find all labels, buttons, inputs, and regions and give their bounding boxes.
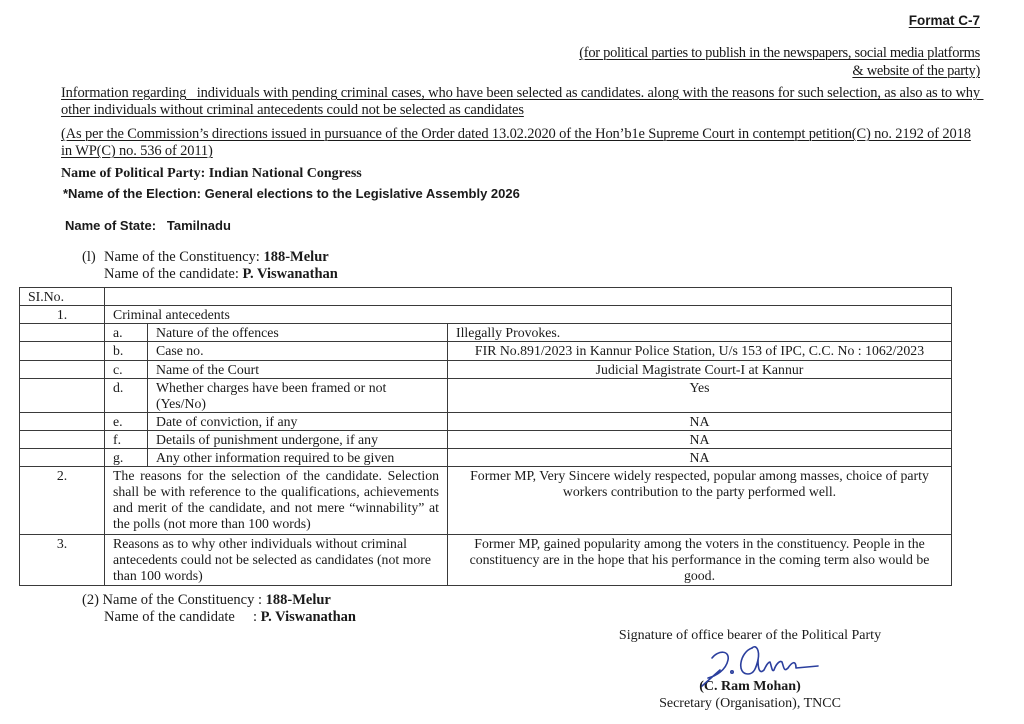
constituency-label: Name of the Constituency :	[103, 592, 262, 608]
item-letter: b.	[105, 342, 148, 361]
section-number: 3.	[20, 535, 105, 586]
state-name-line: Name of State: Tamilnadu	[65, 218, 231, 233]
table-row: 1. Criminal antecedents	[20, 306, 952, 324]
item-letter: g.	[105, 449, 148, 467]
item-label: Date of conviction, if any	[148, 413, 448, 431]
table-row: 2. The reasons for the selection of the …	[20, 467, 952, 535]
publish-note-line1: (for political parties to publish in the…	[579, 45, 980, 61]
item-value: Illegally Provokes.	[448, 324, 952, 342]
state-label: Name of State:	[65, 218, 156, 233]
header-blank-cell	[105, 288, 952, 306]
table-row: b. Case no. FIR No.891/2023 in Kannur Po…	[20, 342, 952, 361]
section-value: Former MP, Very Sincere widely respected…	[448, 467, 952, 535]
item-letter: a.	[105, 324, 148, 342]
handwritten-signature-icon	[700, 640, 820, 688]
publish-note-line2: & website of the party)	[852, 63, 980, 79]
item-label: Whether charges have been framed or not …	[148, 379, 448, 413]
party-name-line: Name of Political Party: Indian National…	[61, 166, 362, 182]
candidate-entry-2: (2) Name of the Constituency : 188-Melur…	[82, 592, 356, 626]
candidate-label: Name of the candidate :	[104, 609, 257, 625]
section-number: 2.	[20, 467, 105, 535]
item-letter: f.	[105, 431, 148, 449]
publish-note: (for political parties to publish in the…	[520, 44, 980, 80]
section-value: Former MP, gained popularity among the v…	[448, 535, 952, 586]
item-letter: d.	[105, 379, 148, 413]
table-row: f. Details of punishment undergone, if a…	[20, 431, 952, 449]
item-value: Judicial Magistrate Court-I at Kannur	[448, 361, 952, 379]
item-letter: c.	[105, 361, 148, 379]
table-row: a. Nature of the offences Illegally Prov…	[20, 324, 952, 342]
blank-cell	[20, 342, 105, 361]
section-number: 1.	[20, 306, 105, 324]
section-label: Reasons as to why other individuals with…	[105, 535, 448, 586]
order-reference: (As per the Commission’s directions issu…	[61, 126, 981, 160]
table-header-row: SI.No.	[20, 288, 952, 306]
election-name-line: *Name of the Election: General elections…	[63, 186, 520, 201]
candidate-value: P. Viswanathan	[261, 609, 356, 625]
blank-cell	[20, 413, 105, 431]
candidate-label: Name of the candidate:	[104, 266, 239, 282]
candidate-entry-1: (l)Name of the Constituency: 188-Melur N…	[82, 249, 338, 283]
blank-cell	[20, 431, 105, 449]
party-label: Name of Political Party:	[61, 166, 205, 181]
constituency-value: 188-Melur	[266, 592, 331, 608]
section-title: Criminal antecedents	[105, 306, 952, 324]
item-label: Nature of the offences	[148, 324, 448, 342]
table-row: 3. Reasons as to why other individuals w…	[20, 535, 952, 586]
election-label: *Name of the Election:	[63, 186, 201, 201]
section-label: The reasons for the selection of the can…	[105, 467, 448, 535]
blank-cell	[20, 449, 105, 467]
party-value: Indian National Congress	[209, 166, 362, 181]
entry-number: (2)	[82, 592, 99, 608]
sl-no-header: SI.No.	[20, 288, 105, 306]
candidate-value: P. Viswanathan	[243, 266, 338, 282]
constituency-label: Name of the Constituency:	[104, 249, 260, 265]
item-value: FIR No.891/2023 in Kannur Police Station…	[448, 342, 952, 361]
entry-number: (l)	[82, 249, 104, 266]
blank-cell	[20, 324, 105, 342]
item-label: Case no.	[148, 342, 448, 361]
item-label: Name of the Court	[148, 361, 448, 379]
table-row: c. Name of the Court Judicial Magistrate…	[20, 361, 952, 379]
constituency-value: 188-Melur	[263, 249, 328, 265]
item-value: NA	[448, 449, 952, 467]
blank-cell	[20, 361, 105, 379]
item-value: NA	[448, 431, 952, 449]
item-value: NA	[448, 413, 952, 431]
election-value: General elections to the Legislative Ass…	[205, 186, 520, 201]
state-value: Tamilnadu	[167, 218, 231, 233]
table-row: d. Whether charges have been framed or n…	[20, 379, 952, 413]
item-value: Yes	[448, 379, 952, 413]
table-row: g. Any other information required to be …	[20, 449, 952, 467]
item-label: Details of punishment undergone, if any	[148, 431, 448, 449]
table-row: e. Date of conviction, if any NA	[20, 413, 952, 431]
format-code: Format C-7	[909, 13, 980, 28]
criminal-antecedents-table: SI.No. 1. Criminal antecedents a. Nature…	[19, 287, 952, 586]
item-letter: e.	[105, 413, 148, 431]
signatory-designation: Secretary (Organisation), TNCC	[600, 695, 900, 712]
info-heading: Information regarding individuals with p…	[61, 85, 981, 119]
blank-cell	[20, 379, 105, 413]
item-label: Any other information required to be giv…	[148, 449, 448, 467]
